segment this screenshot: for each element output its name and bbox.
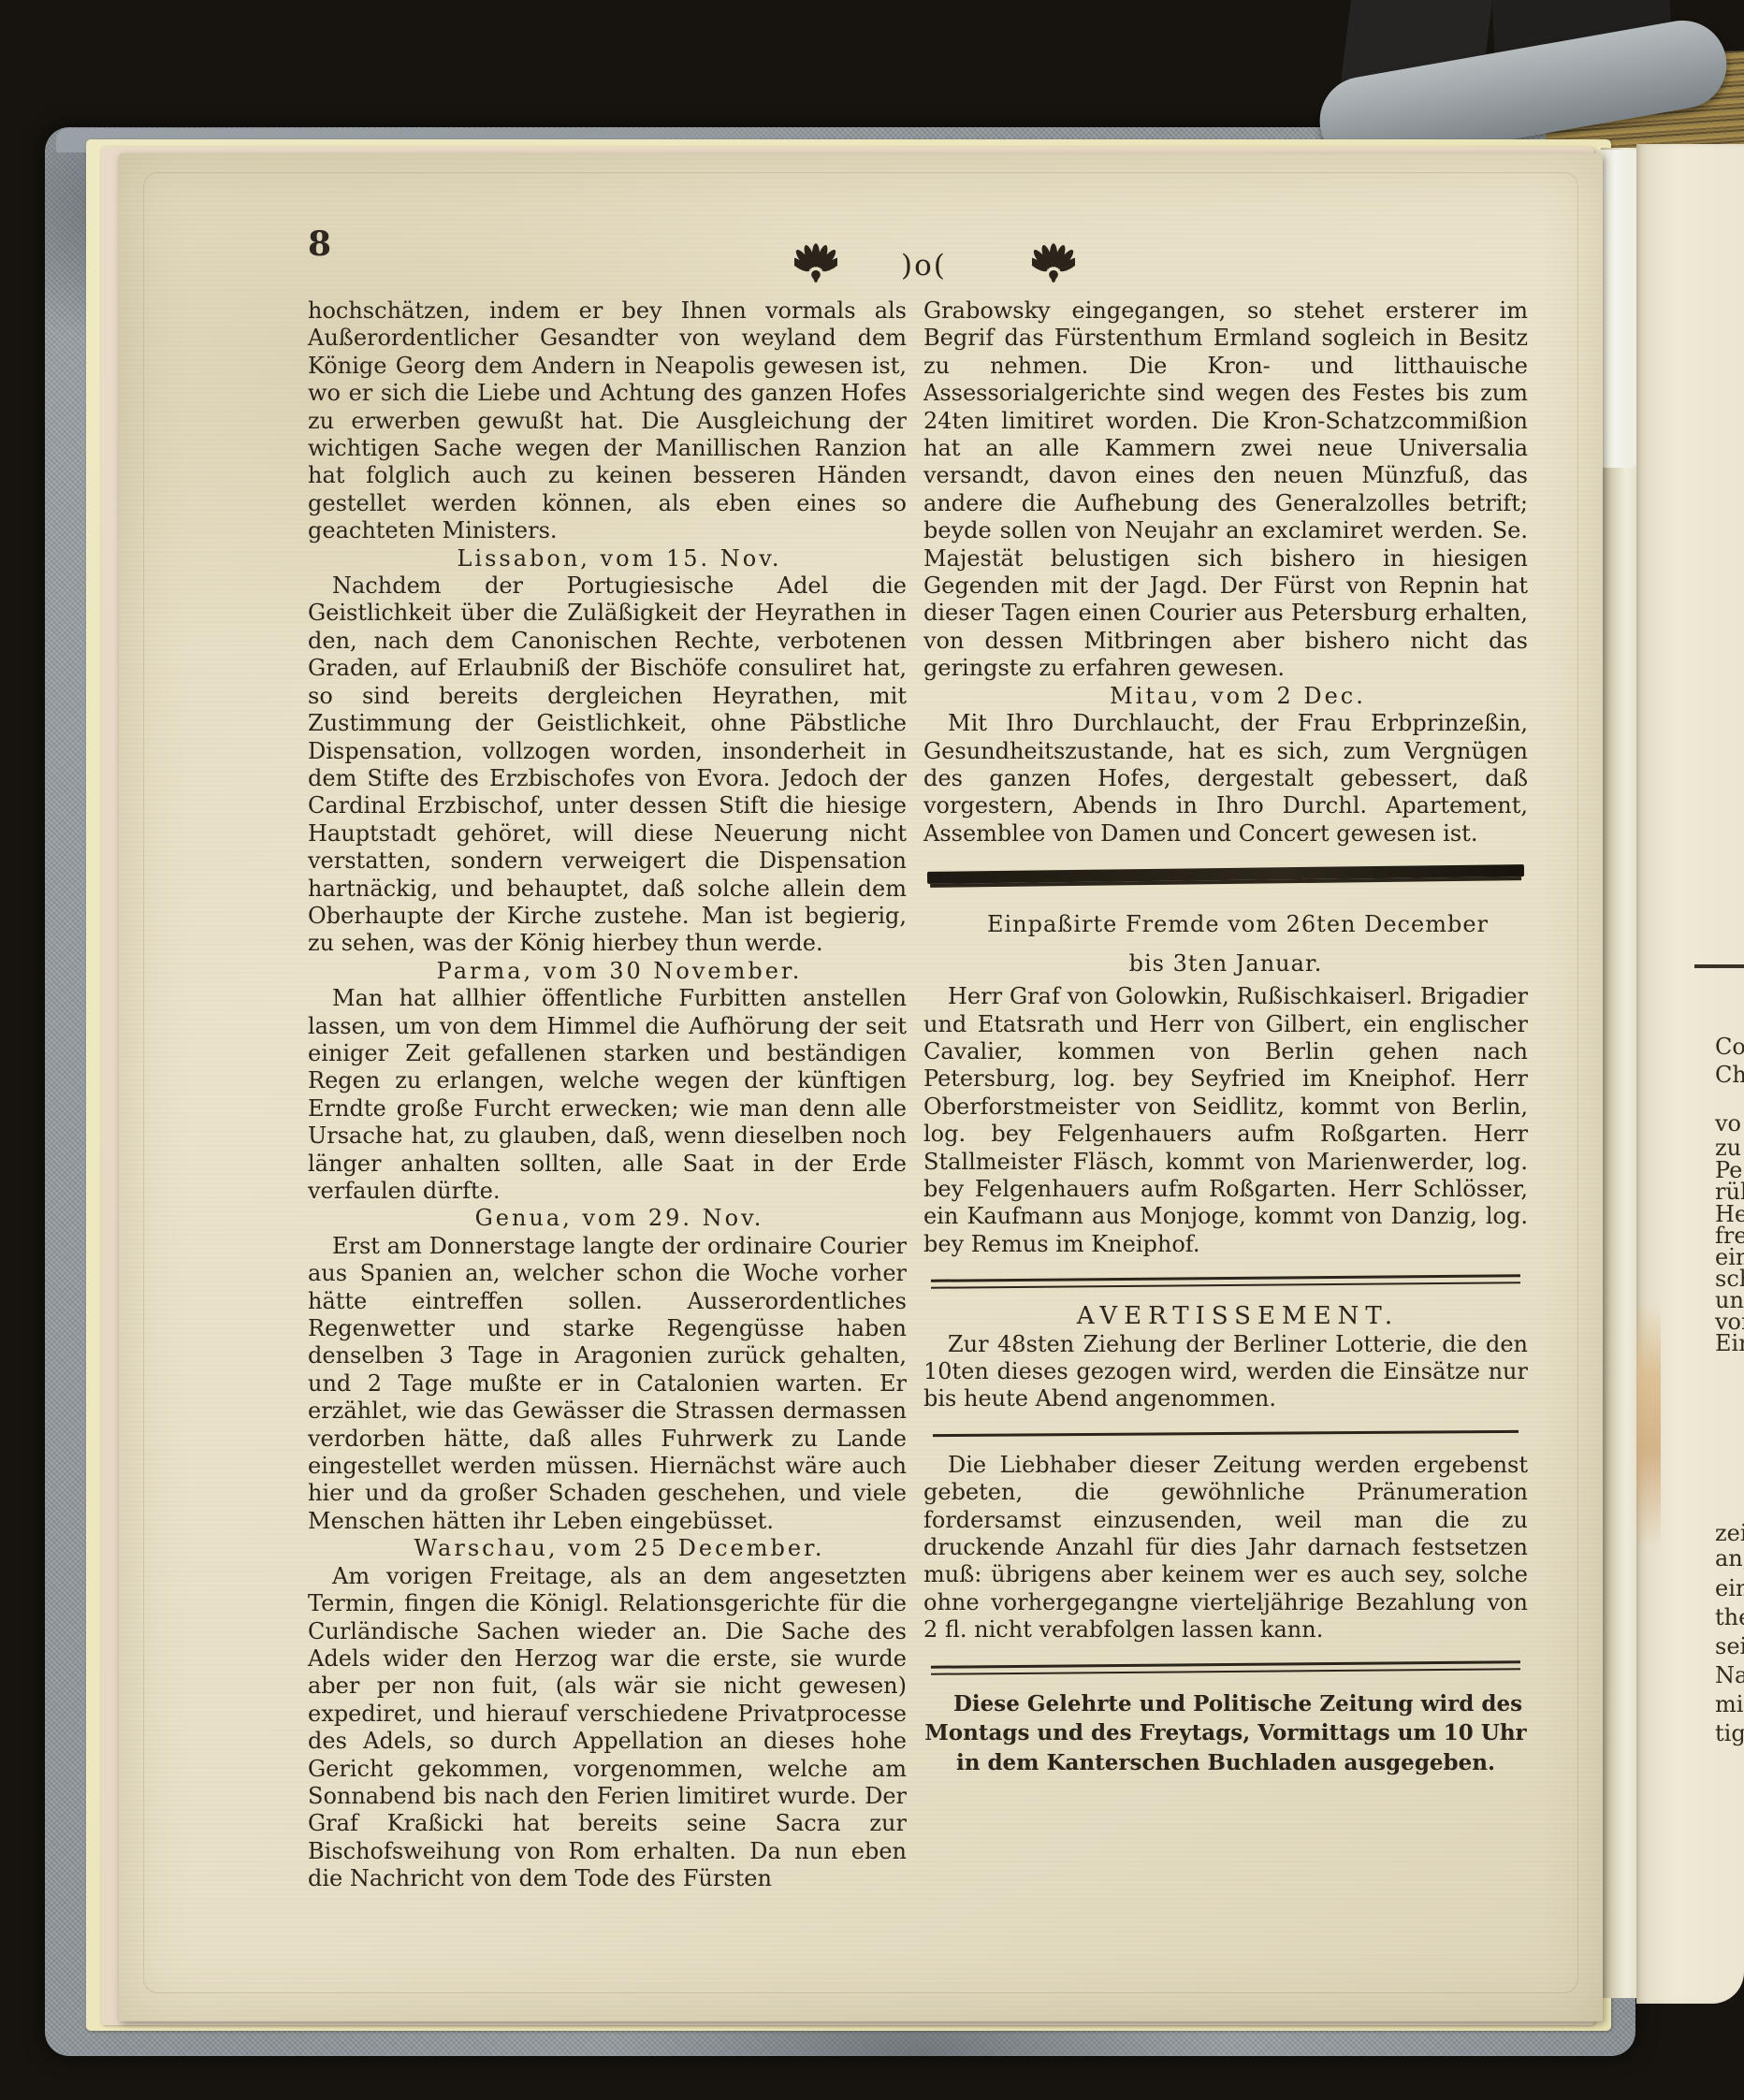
article-paragraph: Am vorigen Freitage, als an dem angesetz… [308, 1563, 907, 1893]
shell-printer-ornament-icon [1032, 243, 1075, 282]
paper-stain [1636, 1304, 1661, 1547]
gathering-mark: )o( [901, 249, 947, 282]
dateline-heading: Warschau, vom 25 December. [308, 1535, 907, 1562]
article-paragraph: Man hat allhier öffentliche Furbitten an… [308, 985, 907, 1205]
dateline-heading: Genua, vom 29. Nov. [308, 1205, 907, 1232]
section-divider-heavy [927, 864, 1524, 884]
article-paragraph: Herr Graf von Golowkin, Rußischkaiserl. … [923, 983, 1528, 1258]
facing-page-sliver: Co Ch vo zu Pe rüh He fre ein schr und v… [1636, 144, 1744, 2004]
article-paragraph: Erst am Donnerstage langte der ordinaire… [308, 1233, 907, 1535]
dateline-heading: Lissabon, vom 15. Nov. [308, 545, 907, 572]
next-page-text-fragment: Ch [1715, 1063, 1744, 1087]
left-text-column: hochschätzen, indem er bey Ihnen vormals… [308, 297, 907, 1893]
avertissement-heading: AVERTISSEMENT. [923, 1303, 1528, 1330]
next-page-rule-fragment [1694, 964, 1744, 968]
arrivals-heading-line2: bis 3ten Januar. [1129, 950, 1323, 977]
next-page-text-fragment: mit [1715, 1692, 1744, 1716]
next-page-text-fragment: tige [1715, 1721, 1744, 1745]
article-paragraph: Mit Ihro Durchlaucht, der Frau Erbprinze… [923, 710, 1528, 847]
newspaper-page-content: 8 )o( [119, 153, 1603, 2021]
next-page-text-fragment: the [1715, 1605, 1744, 1629]
next-page-text-fragment: sein [1715, 1634, 1744, 1658]
next-page-text-fragment: vo [1715, 1111, 1741, 1136]
next-page-text-fragment: an, [1715, 1546, 1744, 1571]
section-divider-double [931, 1274, 1520, 1288]
article-paragraph: Zur 48sten Ziehung der Berliner Lotterie… [923, 1331, 1528, 1413]
next-page-text-fragment: zeig [1715, 1521, 1744, 1545]
photographed-book-scan: { "page": { "number": "8", "center_mark"… [0, 0, 1744, 2100]
article-paragraph: Nachdem der Portugiesische Adel die Geis… [308, 572, 907, 958]
section-divider-light [933, 1430, 1519, 1437]
publisher-notice: Diese Gelehrte und Politische Zeitung wi… [923, 1689, 1528, 1778]
arrivals-section-heading: Einpaßirte Fremde vom 26ten December bis… [923, 905, 1528, 983]
page-number: 8 [308, 224, 331, 264]
next-page-text-fragment: Ein [1715, 1331, 1744, 1355]
section-divider-double [931, 1660, 1520, 1674]
article-paragraph: Die Liebhaber dieser Zeitung werden erge… [923, 1452, 1528, 1644]
article-paragraph: hochschätzen, indem er bey Ihnen vormals… [308, 297, 907, 545]
next-page-text-fragment: Na [1715, 1663, 1744, 1687]
dateline-heading: Parma, vom 30 November. [308, 958, 907, 985]
right-text-column: Grabowsky eingegangen, so stehet erstere… [923, 297, 1528, 1777]
article-paragraph: Grabowsky eingegangen, so stehet erstere… [923, 297, 1528, 683]
next-page-text-fragment: ein [1715, 1576, 1744, 1600]
arrivals-heading-line1: Einpaßirte Fremde vom 26ten December [987, 911, 1489, 937]
next-page-text-fragment: Co [1715, 1035, 1744, 1059]
dateline-heading: Mitau, vom 2 Dec. [923, 683, 1528, 710]
shell-printer-ornament-icon [794, 243, 837, 282]
